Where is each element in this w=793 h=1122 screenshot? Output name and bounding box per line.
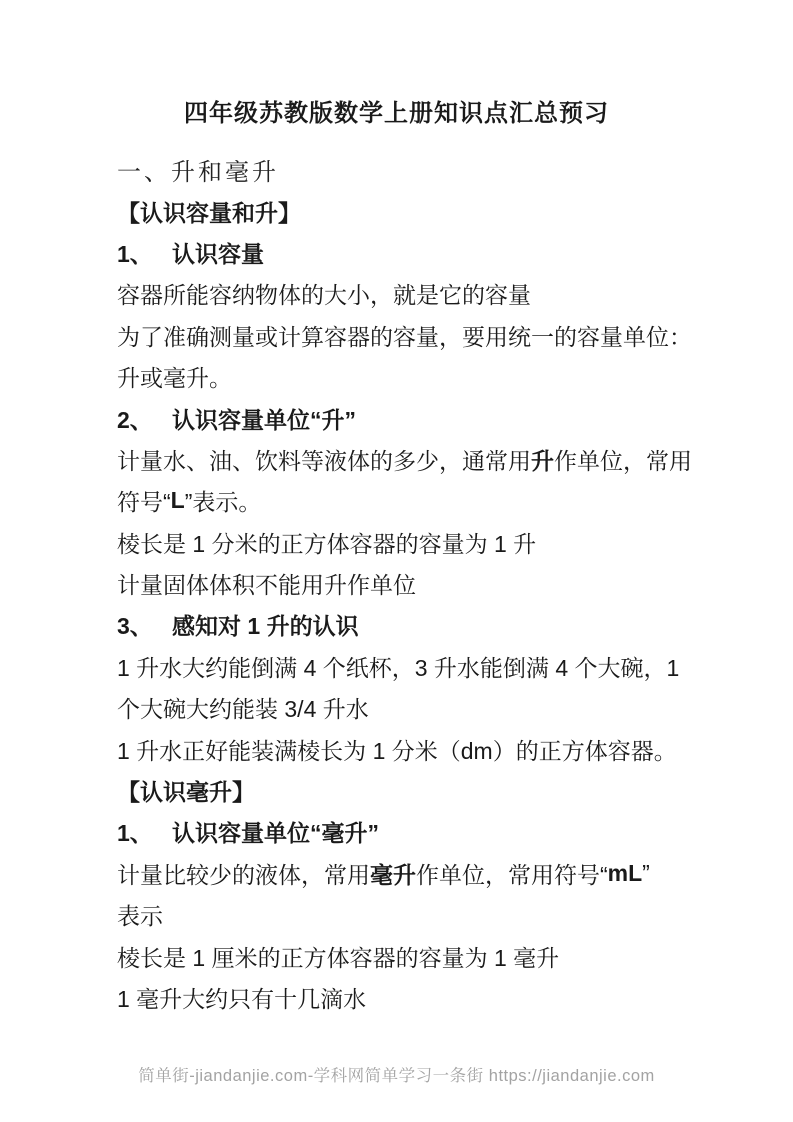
bracket-heading: 【认识毫升】 bbox=[117, 770, 693, 811]
text-segment: 容器所能容纳物体的大小，就是它的容量 bbox=[117, 277, 531, 310]
text-segment: 1 升水正好能装满棱长为 1 分米（dm）的正方体容器。 bbox=[117, 733, 677, 766]
body-line: 计量水、油、饮料等液体的多少，通常用升作单位，常用 bbox=[117, 439, 693, 480]
text-segment: 1 毫升大约只有十几滴水 bbox=[117, 981, 366, 1014]
numbered-heading: 2、认识容量单位“升” bbox=[117, 397, 693, 438]
body-line: 棱长是 1 分米的正方体容器的容量为 1 升 bbox=[117, 522, 693, 563]
footer-watermark: 简单街-jiandanjie.com-学科网简单学习一条街 https://ji… bbox=[0, 1064, 793, 1088]
body-line: 个大碗大约能装 3/4 升水 bbox=[117, 687, 693, 728]
text-segment: 【认识毫升】 bbox=[117, 774, 255, 807]
text-segment: 棱长是 1 厘米的正方体容器的容量为 1 毫升 bbox=[117, 940, 559, 973]
body-line: 容器所能容纳物体的大小，就是它的容量 bbox=[117, 273, 693, 314]
document-title: 四年级苏教版数学上册知识点汇总预习 bbox=[0, 99, 793, 129]
text-segment: 升或毫升。 bbox=[117, 360, 232, 393]
emphasized-text: 升 bbox=[531, 443, 554, 476]
text-segment: 一、升和毫升 bbox=[117, 152, 279, 187]
body-line: 1 升水大约能倒满 4 个纸杯，3 升水能倒满 4 个大碗，1 bbox=[117, 646, 693, 687]
text-segment: 为了准确测量或计算容器的容量，要用统一的容量单位： bbox=[117, 319, 692, 352]
text-segment: ”表示。 bbox=[185, 484, 262, 517]
text-segment: 认识容量 bbox=[172, 236, 264, 269]
body-line: 升或毫升。 bbox=[117, 356, 693, 397]
body-line: 为了准确测量或计算容器的容量，要用统一的容量单位： bbox=[117, 315, 693, 356]
text-segment: 符号“ bbox=[117, 484, 171, 517]
text-segment: 1 升水大约能倒满 4 个纸杯，3 升水能倒满 4 个大碗，1 bbox=[117, 650, 679, 683]
text-segment: 认识容量单位“升” bbox=[172, 402, 356, 435]
body-line: 1 毫升大约只有十几滴水 bbox=[117, 977, 693, 1018]
bracket-heading: 【认识容量和升】 bbox=[117, 190, 693, 231]
text-segment: 【认识容量和升】 bbox=[117, 195, 301, 228]
text-segment: 作单位，常用符号“ bbox=[416, 857, 608, 890]
text-segment: 作单位，常用 bbox=[554, 443, 692, 476]
text-segment: ” bbox=[642, 860, 650, 887]
emphasized-text: L bbox=[171, 487, 185, 514]
numbered-heading: 3、感知对 1 升的认识 bbox=[117, 604, 693, 645]
text-segment: 个大碗大约能装 3/4 升水 bbox=[117, 691, 369, 724]
emphasized-text: mL bbox=[608, 860, 643, 887]
body-line: 棱长是 1 厘米的正方体容器的容量为 1 毫升 bbox=[117, 935, 693, 976]
body-line: 1 升水正好能装满棱长为 1 分米（dm）的正方体容器。 bbox=[117, 728, 693, 769]
emphasized-text: 毫升 bbox=[370, 857, 416, 890]
heading-number: 2、 bbox=[117, 402, 172, 435]
body-line: 符号“L”表示。 bbox=[117, 480, 693, 521]
body-line: 计量比较少的液体，常用毫升作单位，常用符号“mL” bbox=[117, 853, 693, 894]
text-segment: 认识容量单位“毫升” bbox=[172, 815, 379, 848]
heading-number: 1、 bbox=[117, 236, 172, 269]
text-segment: 计量固体体积不能用升作单位 bbox=[117, 567, 416, 600]
heading-number: 1、 bbox=[117, 815, 172, 848]
text-segment: 棱长是 1 分米的正方体容器的容量为 1 升 bbox=[117, 526, 536, 559]
numbered-heading: 1、认识容量 bbox=[117, 232, 693, 273]
document-page: 四年级苏教版数学上册知识点汇总预习 一、升和毫升【认识容量和升】1、认识容量容器… bbox=[0, 0, 793, 1122]
text-segment: 表示 bbox=[117, 898, 163, 931]
numbered-heading: 1、认识容量单位“毫升” bbox=[117, 811, 693, 852]
text-segment: 计量比较少的液体，常用 bbox=[117, 857, 370, 890]
document-body: 一、升和毫升【认识容量和升】1、认识容量容器所能容纳物体的大小，就是它的容量为了… bbox=[117, 149, 693, 1018]
body-line: 表示 bbox=[117, 894, 693, 935]
text-segment: 计量水、油、饮料等液体的多少，通常用 bbox=[117, 443, 531, 476]
heading-number: 3、 bbox=[117, 608, 172, 641]
body-line: 计量固体体积不能用升作单位 bbox=[117, 563, 693, 604]
text-segment: 感知对 1 升的认识 bbox=[172, 608, 359, 641]
section-label: 一、升和毫升 bbox=[117, 149, 693, 190]
